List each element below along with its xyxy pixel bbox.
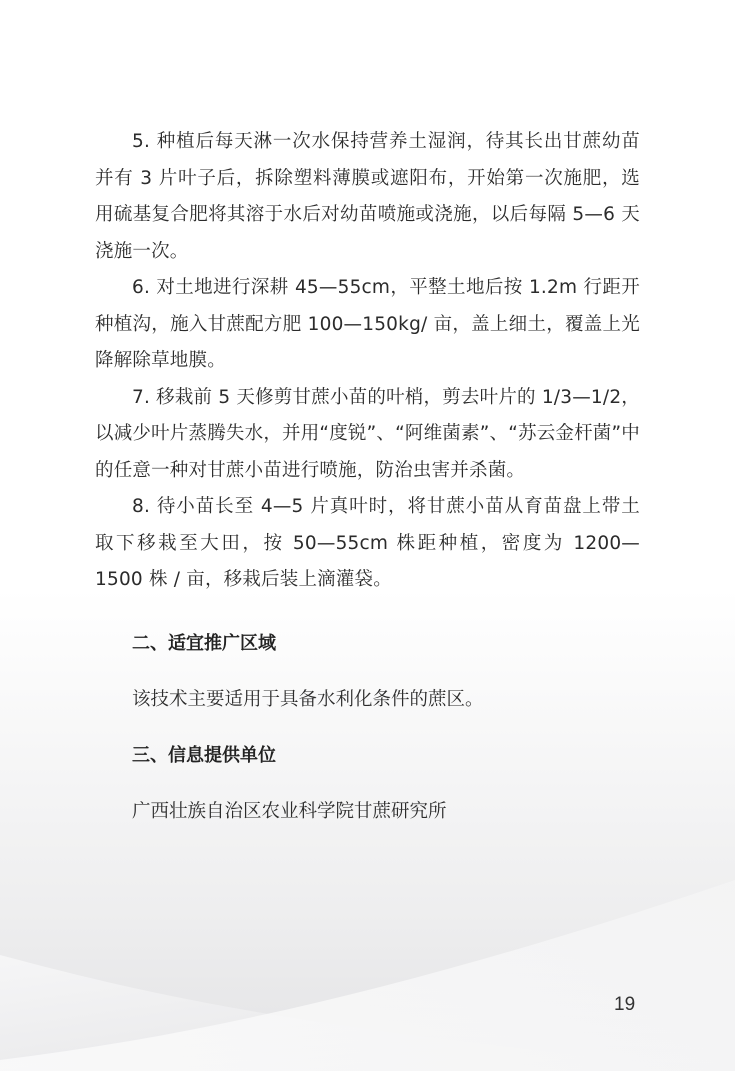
document-body: 5. 种植后每天淋一次水保持营养土湿润，待其长出甘蔗幼苗并有 3 片叶子后，拆除…	[95, 124, 640, 827]
section-heading-region: 二、适宜推广区域	[95, 629, 640, 659]
section-body-region: 该技术主要适用于具备水利化条件的蔗区。	[95, 685, 640, 715]
section-body-provider: 广西壮族自治区农业科学院甘蔗研究所	[95, 797, 640, 827]
page-number: 19	[614, 994, 635, 1016]
step-8-paragraph: 8. 待小苗长至 4—5 片真叶时，将甘蔗小苗从育苗盘上带土取下移栽至大田，按 …	[95, 489, 640, 599]
step-6-paragraph: 6. 对土地进行深耕 45—55cm，平整土地后按 1.2m 行距开种植沟，施入…	[95, 270, 640, 380]
step-5-paragraph: 5. 种植后每天淋一次水保持营养土湿润，待其长出甘蔗幼苗并有 3 片叶子后，拆除…	[95, 124, 640, 270]
section-heading-provider: 三、信息提供单位	[95, 741, 640, 771]
step-7-paragraph: 7. 移栽前 5 天修剪甘蔗小苗的叶梢，剪去叶片的 1/3—1/2，以减少叶片蒸…	[95, 380, 640, 490]
